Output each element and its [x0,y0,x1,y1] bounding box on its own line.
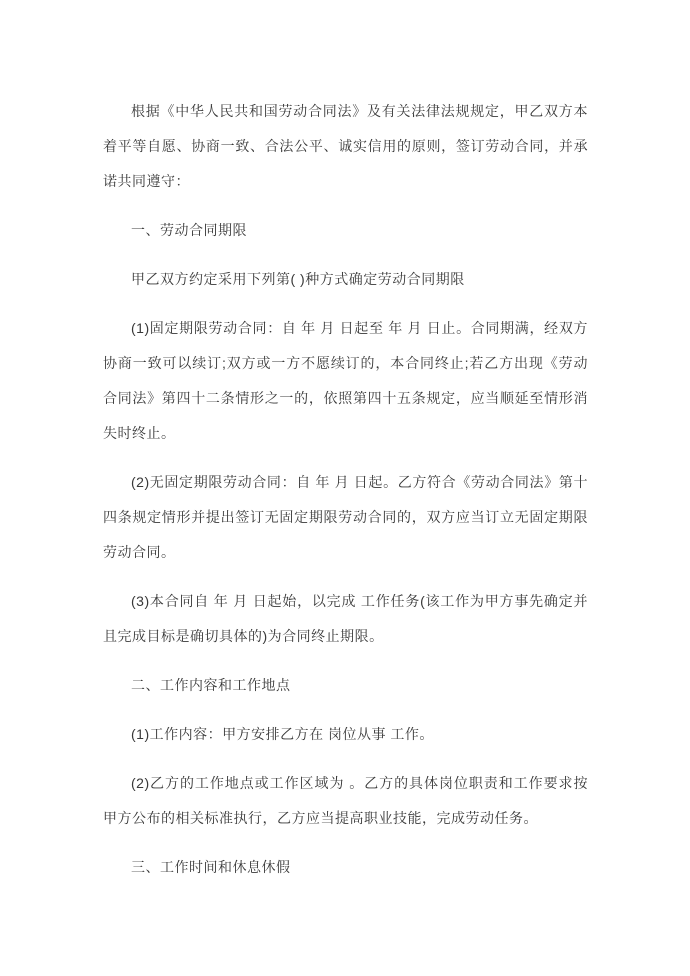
section-heading-1-contract-term: 一、劳动合同期限 [103,213,588,248]
paragraph-task-based-term: (3)本合同自 年 月 日起始，以完成 工作任务(该工作为甲方事先确定并且完成目… [103,584,588,654]
contract-text-body: 根据《中华人民共和国劳动合同法》及有关法律法规规定，甲乙双方本着平等自愿、协商一… [103,94,588,885]
paragraph-work-location: (2)乙方的工作地点或工作区域为 。乙方的具体岗位职责和工作要求按甲方公布的相关… [103,766,588,836]
paragraph-work-content: (1)工作内容：甲方安排乙方在 岗位从事 工作。 [103,717,588,752]
paragraph-intro: 根据《中华人民共和国劳动合同法》及有关法律法规规定，甲乙双方本着平等自愿、协商一… [103,94,588,199]
paragraph-term-method: 甲乙双方约定采用下列第( )种方式确定劳动合同期限 [103,262,588,297]
paragraph-fixed-term: (1)固定期限劳动合同：自 年 月 日起至 年 月 日止。合同期满，经双方协商一… [103,311,588,451]
paragraph-open-ended-term: (2)无固定期限劳动合同：自 年 月 日起。乙方符合《劳动合同法》第十四条规定情… [103,465,588,570]
section-heading-2-work-content-location: 二、工作内容和工作地点 [103,668,588,703]
document-page: 根据《中华人民共和国劳动合同法》及有关法律法规规定，甲乙双方本着平等自愿、协商一… [0,0,690,976]
section-heading-3-working-hours-rest: 三、工作时间和休息休假 [103,850,588,885]
